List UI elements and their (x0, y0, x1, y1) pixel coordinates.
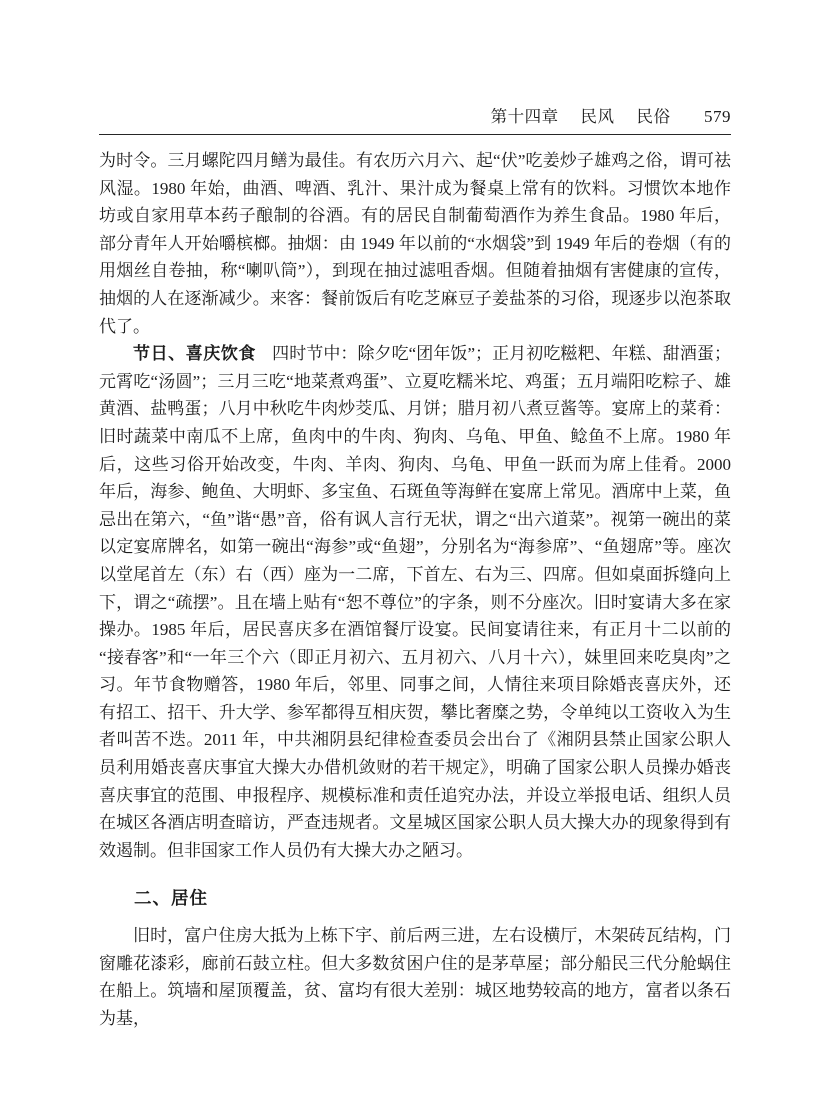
section-heading-residence: 二、居住 (99, 885, 731, 913)
header-chapter: 第十四章 (491, 107, 559, 126)
paragraph-diet-continuation: 为时令。三月螺陀四月鳝为最佳。有农历六月六、起“伏”吃姜炒子雄鸡之俗，谓可祛风湿… (99, 147, 731, 340)
page-number: 579 (704, 107, 731, 126)
festival-food-text: 四时节中：除夕吃“团年饭”；正月初吃糍粑、年糕、甜酒蛋；元霄吃“汤圆”；三月三吃… (99, 344, 731, 860)
header-topic-minsu: 民俗 (636, 107, 670, 126)
paragraph-festival-food: 节日、喜庆饮食四时节中：除夕吃“团年饭”；正月初吃糍粑、年糕、甜酒蛋；元霄吃“汤… (99, 340, 731, 864)
paragraph-residence: 旧时，富户住房大抵为上栋下宇、前后两三进，左右设横厅，木架砖瓦结构，门窗雕花漆彩… (99, 922, 731, 1032)
running-header: 第十四章 民风 民俗 579 (99, 103, 731, 135)
text-column: 第十四章 民风 民俗 579 为时令。三月螺陀四月鳝为最佳。有农历六月六、起“伏… (99, 103, 731, 1032)
book-page: 第十四章 民风 民俗 579 为时令。三月螺陀四月鳝为最佳。有农历六月六、起“伏… (0, 0, 816, 1099)
body-text: 为时令。三月螺陀四月鳝为最佳。有农历六月六、起“伏”吃姜炒子雄鸡之俗，谓可祛风湿… (99, 147, 731, 1032)
header-topic-minfeng: 民风 (581, 107, 615, 126)
festival-food-inline-heading: 节日、喜庆饮食 (133, 344, 256, 363)
